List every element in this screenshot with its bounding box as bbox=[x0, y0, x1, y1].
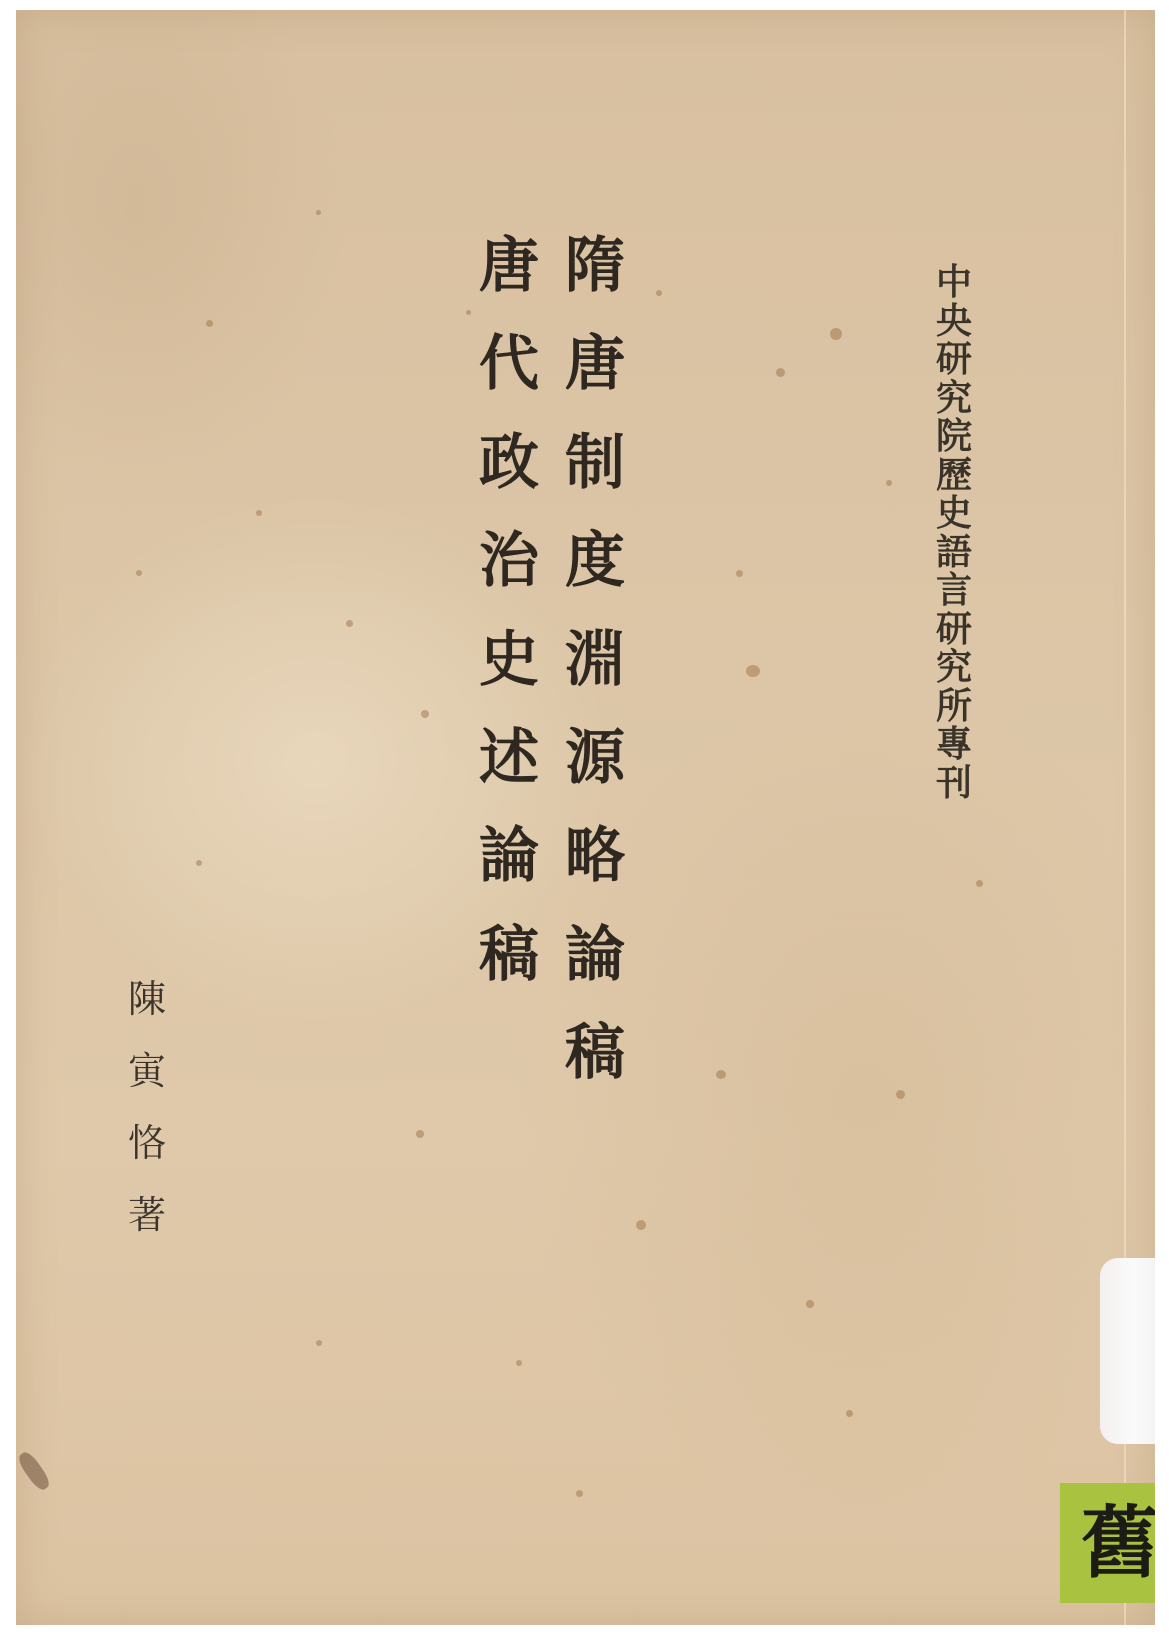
title-char: 述 bbox=[474, 728, 544, 826]
foxing-spot bbox=[976, 880, 983, 887]
foxing-spot bbox=[636, 1220, 646, 1230]
title-char: 唐 bbox=[474, 236, 544, 334]
foxing-spot bbox=[896, 1090, 905, 1099]
series-char: 央 bbox=[934, 303, 974, 342]
foxing-spot bbox=[886, 480, 892, 486]
series-char: 研 bbox=[934, 341, 974, 380]
foxing-spot bbox=[656, 290, 662, 296]
title-char: 制 bbox=[560, 433, 630, 531]
author-char: 著 bbox=[125, 1196, 169, 1268]
author-char: 陳 bbox=[125, 980, 169, 1052]
foxing-spot bbox=[346, 620, 353, 627]
series-char: 研 bbox=[934, 611, 974, 650]
foxing-spot bbox=[830, 328, 842, 340]
foxing-spot bbox=[846, 1410, 853, 1417]
foxing-spot bbox=[746, 665, 760, 677]
series-char: 歷 bbox=[934, 457, 974, 496]
foxing-spot bbox=[421, 710, 429, 718]
foxing-spot bbox=[516, 1360, 522, 1366]
foxing-spot bbox=[736, 570, 743, 577]
title-char: 論 bbox=[560, 925, 630, 1023]
author-name: 陳 寅 恪 著 bbox=[125, 980, 169, 1268]
foxing-spot bbox=[716, 1070, 726, 1079]
title-char: 史 bbox=[474, 630, 544, 728]
foxing-spot bbox=[206, 320, 213, 327]
title-line-1: 隋 唐 制 度 淵 源 略 論 稿 bbox=[560, 236, 630, 1122]
title-char: 治 bbox=[474, 531, 544, 629]
series-title: 中 央 研 究 院 歷 史 語 言 研 究 所 專 刊 bbox=[934, 264, 974, 803]
title-char: 隋 bbox=[560, 236, 630, 334]
foxing-spot bbox=[806, 1300, 814, 1308]
foxing-spot bbox=[776, 368, 785, 377]
series-char: 究 bbox=[934, 380, 974, 419]
library-green-label: 舊 bbox=[1060, 1483, 1155, 1603]
title-char: 稿 bbox=[474, 925, 544, 1023]
foxing-spot bbox=[196, 860, 202, 866]
series-char: 院 bbox=[934, 418, 974, 457]
foxing-spot bbox=[256, 510, 262, 516]
title-char: 代 bbox=[474, 334, 544, 432]
library-label-text: 舊 bbox=[1081, 1505, 1155, 1583]
title-char: 唐 bbox=[560, 334, 630, 432]
title-char: 稿 bbox=[560, 1023, 630, 1121]
author-char: 恪 bbox=[125, 1124, 169, 1196]
series-char: 刊 bbox=[934, 765, 974, 804]
series-char: 究 bbox=[934, 649, 974, 688]
foxing-spot bbox=[136, 570, 142, 576]
title-char: 政 bbox=[474, 433, 544, 531]
series-char: 中 bbox=[934, 264, 974, 303]
series-char: 語 bbox=[934, 534, 974, 573]
title-char: 略 bbox=[560, 826, 630, 924]
title-line-2: 唐 代 政 治 史 述 論 稿 bbox=[474, 236, 544, 1023]
foxing-spot bbox=[316, 210, 321, 215]
library-white-sticker bbox=[1100, 1258, 1155, 1444]
foxing-spot bbox=[316, 1340, 322, 1346]
title-char: 度 bbox=[560, 531, 630, 629]
title-char: 論 bbox=[474, 826, 544, 924]
series-char: 言 bbox=[934, 572, 974, 611]
foxing-spot bbox=[576, 1490, 583, 1497]
series-char: 所 bbox=[934, 688, 974, 727]
series-char: 史 bbox=[934, 495, 974, 534]
title-char: 源 bbox=[560, 728, 630, 826]
foxing-spot bbox=[416, 1130, 424, 1138]
series-char: 專 bbox=[934, 726, 974, 765]
foxing-spot bbox=[466, 310, 471, 315]
title-char: 淵 bbox=[560, 630, 630, 728]
author-char: 寅 bbox=[125, 1052, 169, 1124]
